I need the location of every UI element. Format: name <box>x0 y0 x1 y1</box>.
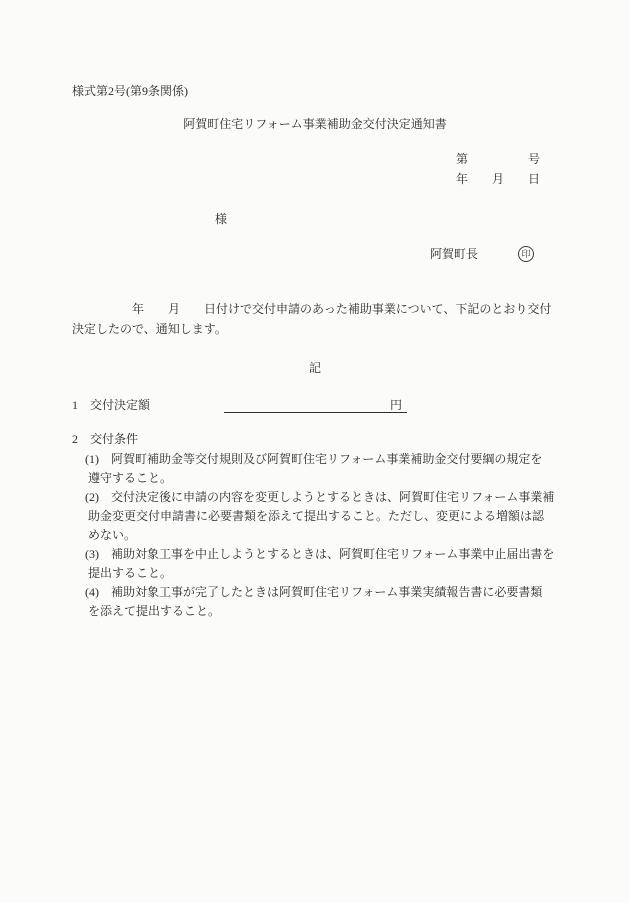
form-number: 様式第2号(第9条関係) <box>72 83 558 99</box>
condition-line-first: (4) 補助対象工事が完了したときは阿賀町住宅リフォーム事業実績報告書に必要書類 <box>85 583 558 602</box>
grant-amount-label: 1 交付決定額 <box>72 397 150 413</box>
document-title: 阿賀町住宅リフォーム事業補助金交付決定通知書 <box>72 116 558 132</box>
condition-line-continuation: 遵守すること。 <box>88 469 558 488</box>
addressee-honorific: 様 <box>215 212 227 226</box>
condition-item: (4) 補助対象工事が完了したときは阿賀町住宅リフォーム事業実績報告書に必要書類… <box>72 583 558 621</box>
sender-title: 阿賀町長 <box>430 246 478 262</box>
condition-line-continuation: めない。 <box>88 526 558 545</box>
document-number-line: 第 号 <box>72 149 540 169</box>
condition-line-continuation: を添えて提出すること。 <box>88 602 558 621</box>
condition-item: (2) 交付決定後に申請の内容を変更しようとするときは、阿賀町住宅リフォーム事業… <box>72 488 558 545</box>
condition-line-first: (2) 交付決定後に申請の内容を変更しようとするときは、阿賀町住宅リフォーム事業… <box>85 488 558 507</box>
grant-conditions-list: (1) 阿賀町補助金等交付規則及び阿賀町住宅リフォーム事業補助金交付要綱の規定を… <box>72 450 558 621</box>
condition-item: (3) 補助対象工事を中止しようとするときは、阿賀町住宅リフォーム事業中止届出書… <box>72 545 558 583</box>
body-paragraph-line-1: 年 月 日付けで交付申請のあった補助事業について、下記のとおり交付 <box>72 299 558 319</box>
official-seal-icon: 印 <box>518 246 534 262</box>
document-date-line: 年 月 日 <box>72 169 540 189</box>
condition-line-first: (1) 阿賀町補助金等交付規則及び阿賀町住宅リフォーム事業補助金交付要綱の規定を <box>85 450 558 469</box>
record-heading: 記 <box>72 360 558 376</box>
condition-item: (1) 阿賀町補助金等交付規則及び阿賀町住宅リフォーム事業補助金交付要綱の規定を… <box>72 450 558 488</box>
condition-line-continuation: 提出すること。 <box>88 564 558 583</box>
sender-line: 阿賀町長 印 <box>72 246 558 262</box>
document-page: 様式第2号(第9条関係) 阿賀町住宅リフォーム事業補助金交付決定通知書 第 号 … <box>0 0 630 903</box>
condition-line-continuation: 助金変更交付申請書に必要書類を添えて提出すること。ただし、変更による増額は認 <box>88 507 558 526</box>
grant-amount-blank-field: 円 <box>224 397 407 413</box>
addressee-line: 様 <box>72 211 558 227</box>
grant-amount-row: 1 交付決定額 円 <box>72 397 558 413</box>
body-paragraph: 年 月 日付けで交付申請のあった補助事業について、下記のとおり交付 決定したので… <box>72 299 558 339</box>
body-paragraph-line-2: 決定したので、通知します。 <box>72 319 558 339</box>
grant-conditions-label: 2 交付条件 <box>72 431 558 447</box>
condition-line-first: (3) 補助対象工事を中止しようとするときは、阿賀町住宅リフォーム事業中止届出書… <box>85 545 558 564</box>
grant-amount-unit: 円 <box>390 398 402 412</box>
number-date-block: 第 号 年 月 日 <box>72 149 558 189</box>
